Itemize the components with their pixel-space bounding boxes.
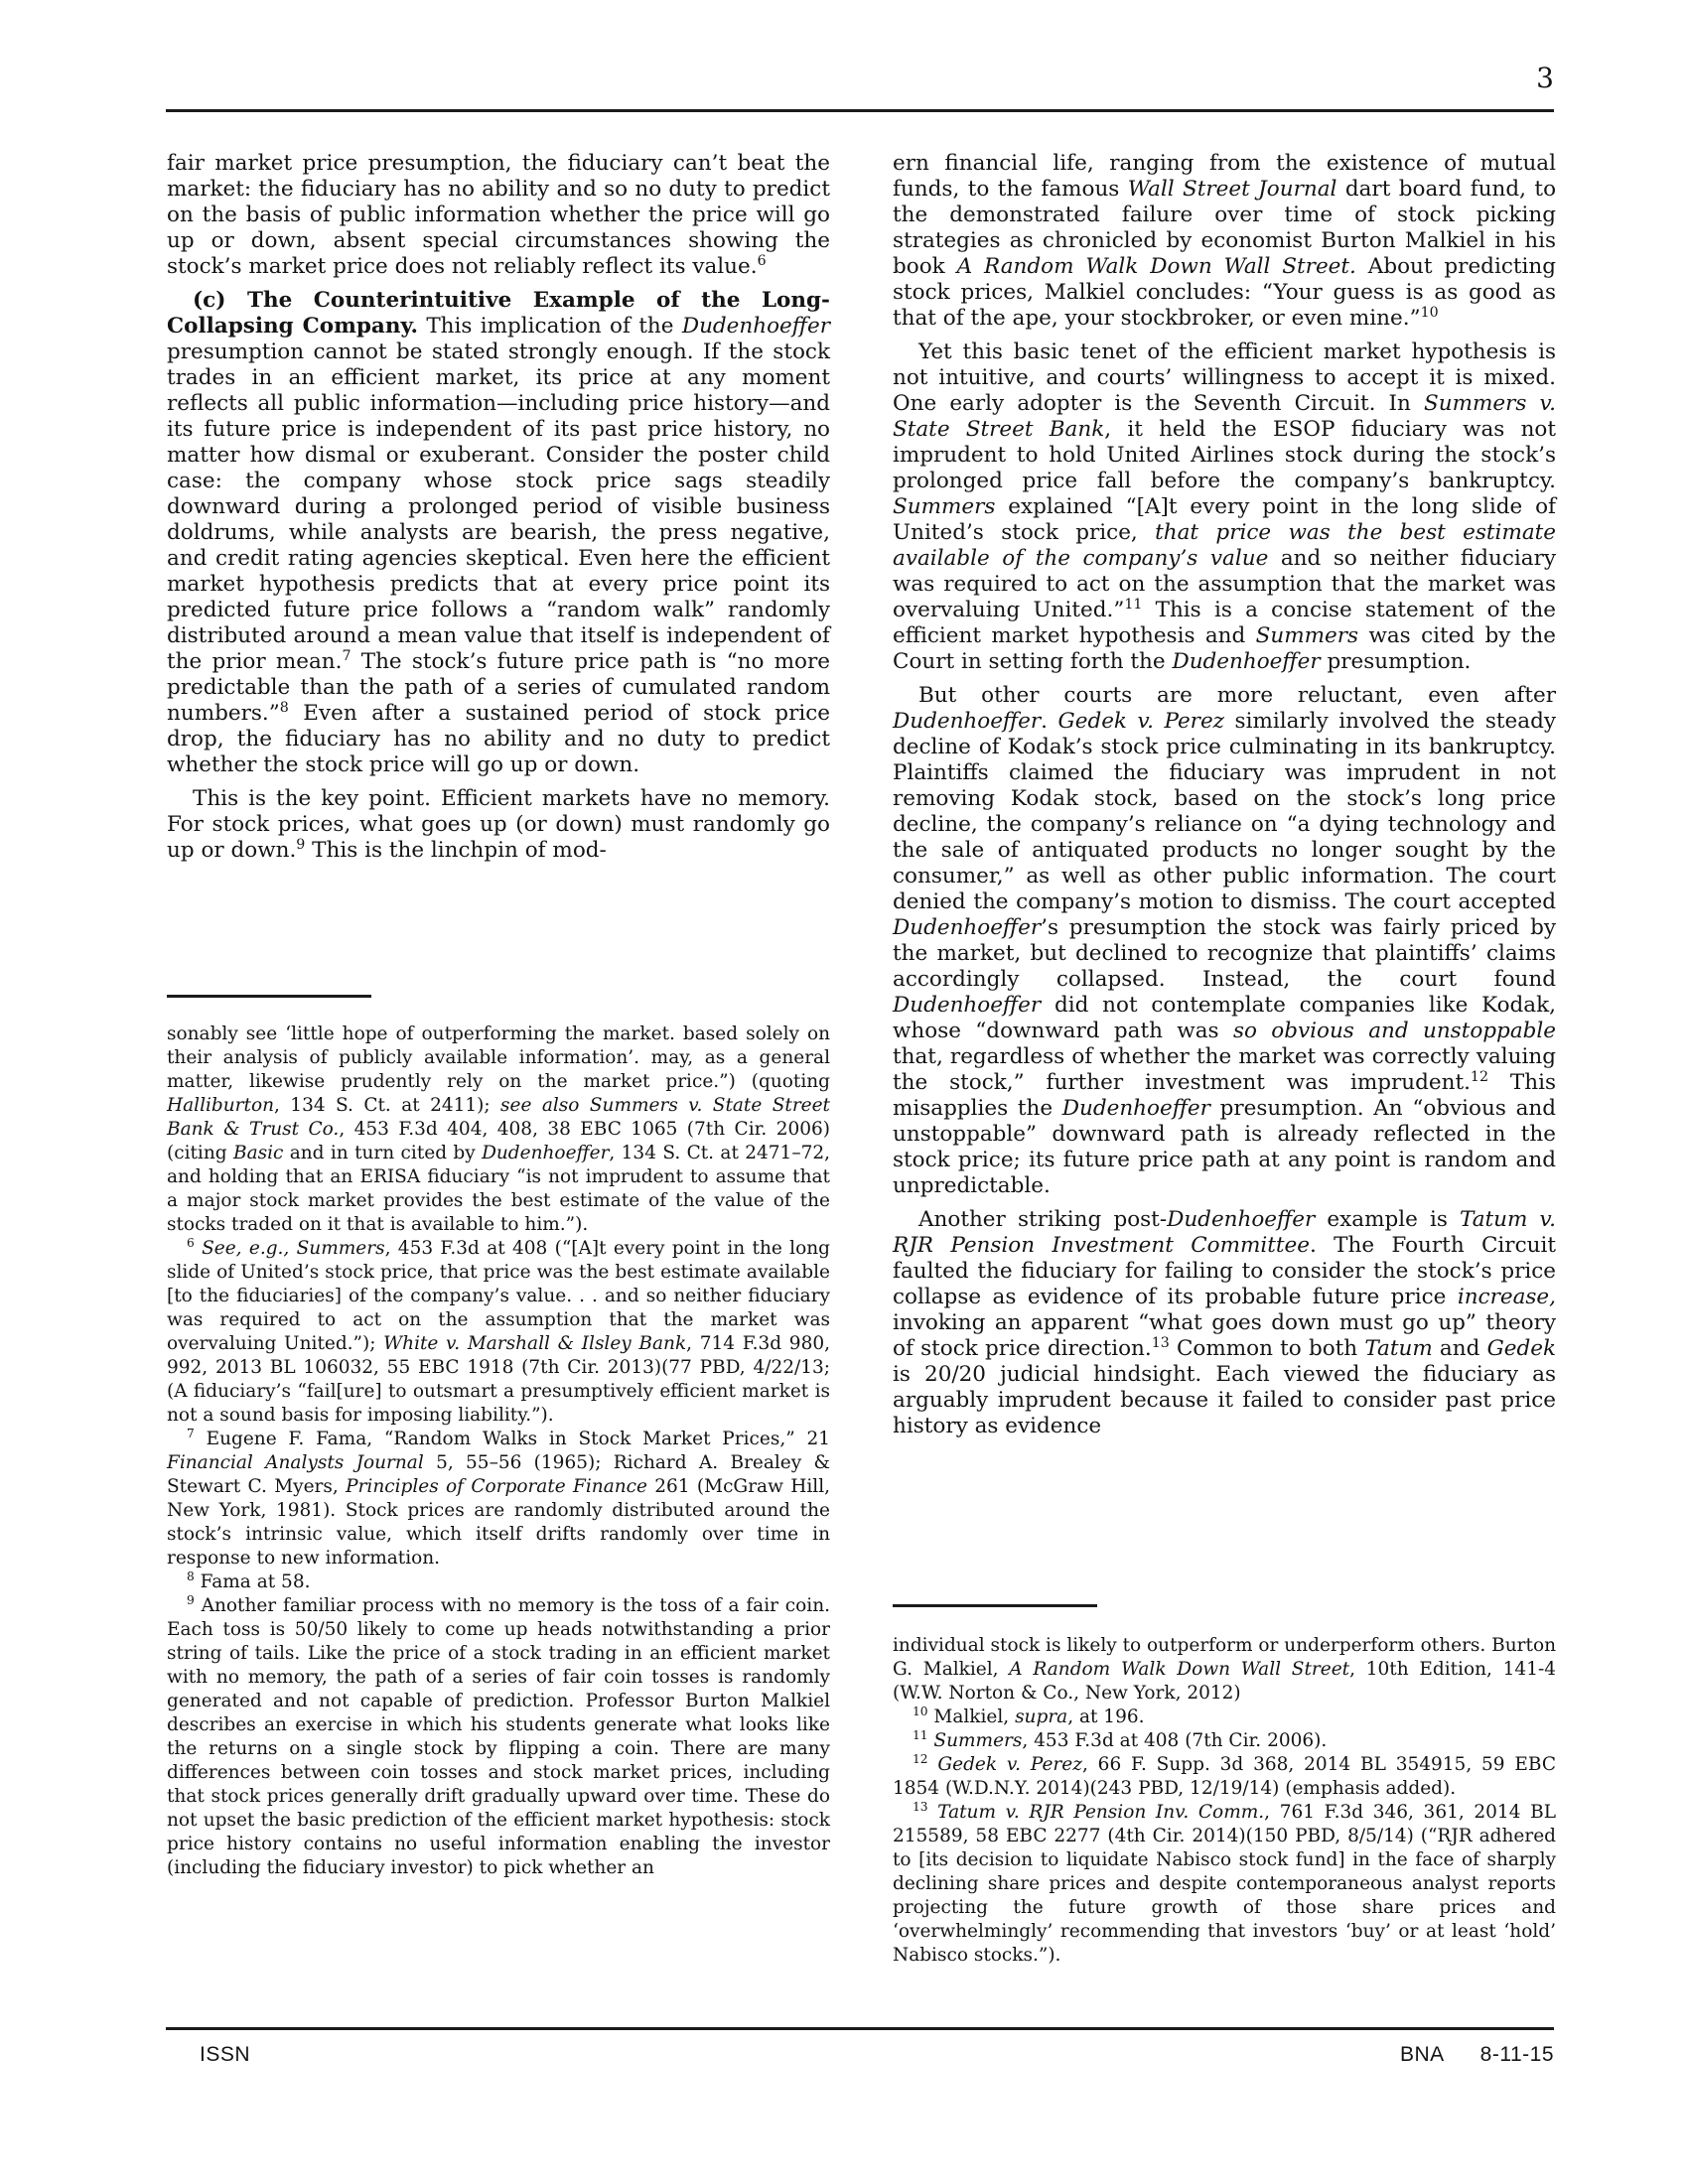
left-column-body: fair market price presumption, the fiduc… xyxy=(167,151,830,864)
footer-right: BNA 8-11-15 xyxy=(1400,2043,1554,2067)
body-paragraph: But other courts are more reluctant, eve… xyxy=(893,683,1556,1199)
text-run: Dudenhoeffer xyxy=(1062,1096,1210,1121)
left-footnote-separator xyxy=(167,995,371,998)
footnote-ref: 8 xyxy=(187,1570,195,1583)
text-run: Gedek v. Perez xyxy=(937,1754,1082,1775)
footer-publisher: BNA xyxy=(1400,2043,1445,2067)
text-run: is 20/20 judicial hindsight. Each viewed… xyxy=(893,1362,1556,1438)
text-run: , at 196. xyxy=(1067,1706,1144,1727)
text-run: Dudenhoeffer xyxy=(893,915,1041,940)
text-run: Dudenhoeffer xyxy=(893,709,1041,734)
footnote-ref: 6 xyxy=(187,1236,195,1250)
right-footnote-separator xyxy=(893,1604,1097,1607)
text-run: similarly involved the steady decline of… xyxy=(893,709,1556,914)
text-run: Financial Analysts Journal xyxy=(167,1452,424,1473)
text-run: , 453 F.3d at 408 (7th Cir. 2006). xyxy=(1022,1730,1327,1751)
text-run: Dudenhoeffer xyxy=(682,314,830,339)
footnote-ref: 13 xyxy=(1152,1335,1170,1351)
footnote-ref: 7 xyxy=(187,1427,195,1440)
body-paragraph: Another striking post-Dudenhoeffer examp… xyxy=(893,1207,1556,1439)
text-run xyxy=(928,1802,938,1823)
text-run: . xyxy=(1041,709,1057,734)
footnote-ref: 8 xyxy=(280,700,289,716)
body-paragraph: ern financial life, ranging from the exi… xyxy=(893,151,1556,332)
text-run: Gedek xyxy=(1487,1336,1556,1361)
footnote-ref: 9 xyxy=(296,837,305,853)
footnote-ref: 10 xyxy=(1421,305,1439,321)
text-run: supra xyxy=(1015,1706,1067,1727)
footnote-paragraph: individual stock is likely to outperform… xyxy=(893,1634,1556,1706)
footnote-ref: 12 xyxy=(1471,1069,1488,1085)
footer-date: 8-11-15 xyxy=(1480,2043,1554,2067)
text-run: Summers xyxy=(1256,623,1358,648)
text-run xyxy=(928,1754,938,1775)
text-run: Gedek v. Perez xyxy=(1058,709,1224,734)
text-run: Another familiar process with no memory … xyxy=(167,1595,830,1878)
text-run: so obvious and unstoppable xyxy=(1233,1019,1556,1043)
footnote-paragraph: 6 See, e.g., Summers, 453 F.3d at 408 (“… xyxy=(167,1237,830,1428)
text-run: This is the linchpin of mod- xyxy=(305,838,606,863)
footnote-paragraph: 7 Eugene F. Fama, “Random Walks in Stock… xyxy=(167,1428,830,1570)
text-run: A Random Walk Down Wall Street xyxy=(1009,1659,1349,1680)
text-run: increase, xyxy=(1458,1285,1556,1309)
text-run: , 761 F.3d 346, 361, 2014 BL 215589, 58 … xyxy=(893,1802,1556,1966)
text-run: Fama at 58. xyxy=(195,1571,311,1592)
text-run: Another striking post- xyxy=(918,1207,1167,1232)
footnote-ref: 13 xyxy=(913,1800,928,1814)
text-run xyxy=(195,1238,202,1259)
text-run: presumption. xyxy=(1321,649,1472,674)
text-run: example is xyxy=(1315,1207,1460,1232)
right-column-footnotes: individual stock is likely to outperform… xyxy=(893,1634,1556,1968)
text-run: Basic xyxy=(233,1143,283,1163)
text-run: Eugene F. Fama, “Random Walks in Stock M… xyxy=(195,1429,830,1449)
text-run: presumption cannot be stated strongly en… xyxy=(167,340,830,674)
footnote-paragraph: 13 Tatum v. RJR Pension Inv. Comm., 761 … xyxy=(893,1801,1556,1968)
text-run: and in turn cited by xyxy=(283,1143,482,1163)
text-run: This implication of the xyxy=(418,314,682,339)
text-run: see also xyxy=(500,1095,579,1116)
text-run: Summers xyxy=(893,494,995,519)
text-run: Malkiel, xyxy=(928,1706,1016,1727)
text-run: A Random Walk Down Wall Street. xyxy=(957,254,1356,279)
footnote-ref: 12 xyxy=(913,1752,928,1766)
footer-rule xyxy=(166,2027,1554,2030)
footnote-paragraph: 8 Fama at 58. xyxy=(167,1570,830,1594)
body-paragraph: (c) The Counterintuitive Example of the … xyxy=(167,288,830,778)
text-run: Dudenhoeffer xyxy=(1172,649,1320,674)
footnote-ref: 6 xyxy=(758,253,767,269)
text-run: fair market price presumption, the fiduc… xyxy=(167,151,830,279)
text-run: Wall Street Journal xyxy=(1128,177,1337,202)
footnote-ref: 10 xyxy=(913,1705,928,1718)
text-run: Halliburton xyxy=(167,1095,274,1116)
text-run: Dudenhoeffer xyxy=(482,1143,609,1163)
text-run: Common to both xyxy=(1170,1336,1365,1361)
text-run: White v. Marshall & Ilsley Bank xyxy=(383,1333,686,1354)
text-run: Dudenhoeffer xyxy=(1167,1207,1315,1232)
footer-issn: ISSN xyxy=(200,2043,250,2067)
footnote-ref: 9 xyxy=(187,1593,195,1607)
text-run: See, e.g., Summers xyxy=(202,1238,385,1259)
footnote-paragraph: 12 Gedek v. Perez, 66 F. Supp. 3d 368, 2… xyxy=(893,1753,1556,1801)
text-run xyxy=(579,1095,589,1116)
text-run: Summers xyxy=(933,1730,1022,1751)
text-run: that, regardless of whether the market w… xyxy=(893,1044,1556,1095)
text-run: But other courts are more reluctant, eve… xyxy=(918,683,1556,708)
right-column-body: ern financial life, ranging from the exi… xyxy=(893,151,1556,1439)
footnote-paragraph: sonably see ‘little hope of outperformin… xyxy=(167,1023,830,1237)
footnote-paragraph: 9 Another familiar process with no memor… xyxy=(167,1594,830,1880)
footnote-paragraph: 10 Malkiel, supra, at 196. xyxy=(893,1706,1556,1729)
text-run: Tatum xyxy=(1364,1336,1432,1361)
text-run: Tatum v. RJR Pension Inv. Comm. xyxy=(937,1802,1264,1823)
text-run: sonably see ‘little hope of outperformin… xyxy=(167,1024,830,1092)
body-paragraph: This is the key point. Efficient markets… xyxy=(167,786,830,864)
header-rule xyxy=(166,109,1554,112)
body-paragraph: fair market price presumption, the fiduc… xyxy=(167,151,830,280)
footnote-ref: 11 xyxy=(913,1728,928,1742)
footnote-ref: 11 xyxy=(1124,597,1142,613)
left-column-footnotes: sonably see ‘little hope of outperformin… xyxy=(167,1023,830,1880)
text-run: and xyxy=(1433,1336,1487,1361)
footnote-paragraph: 11 Summers, 453 F.3d at 408 (7th Cir. 20… xyxy=(893,1729,1556,1753)
text-run: Dudenhoeffer xyxy=(893,993,1041,1018)
text-run: , 134 S. Ct. at 2411); xyxy=(274,1095,500,1116)
text-run: Principles of Corporate Finance xyxy=(346,1476,647,1497)
document-page: 3 fair market price presumption, the fid… xyxy=(0,0,1688,2184)
page-number: 3 xyxy=(1536,64,1554,93)
body-paragraph: Yet this basic tenet of the efficient ma… xyxy=(893,340,1556,675)
